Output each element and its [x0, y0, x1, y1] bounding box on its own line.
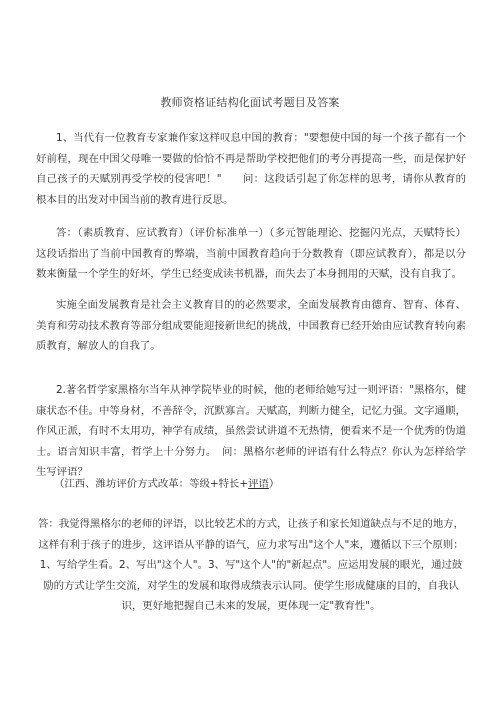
document-title: 教师资格证结构化面试考题目及答案	[0, 94, 500, 110]
document-page: 教师资格证结构化面试考题目及答案 1、当代有一位教育专家兼作家这样叹息中国的教育…	[0, 0, 500, 707]
note-prefix: （江西、潍坊评价方式改革：等级+特长+	[54, 478, 248, 490]
answer-1-continued: 实施全面发展教育是社会主义教育目的的必然要求，全面发展教育由德育、智育、体育、美…	[36, 295, 466, 357]
question-1: 1、当代有一位教育专家兼作家这样叹息中国的教育："要想使中国的每一个孩子都有一个…	[36, 128, 466, 210]
note-suffix: ）	[269, 478, 279, 490]
note-underlined-term: 评语	[248, 478, 269, 490]
question-2-note: （江西、潍坊评价方式改革：等级+特长+评语）	[54, 474, 484, 495]
question-2: 2.著名哲学家黑格尔当年从神学院毕业的时候，他的老师给她写过一则评语："黑格尔，…	[36, 380, 466, 483]
answer-1: 答：（素质教育、应试教育）（评价标准单一）（多元智能理论、挖掘闪光点，天赋特长）…	[36, 223, 466, 285]
answer-2: 答：我觉得黑格尔的老师的评语，以比较艺术的方式，让孩子和家长知道缺点与不足的地方…	[36, 514, 466, 617]
